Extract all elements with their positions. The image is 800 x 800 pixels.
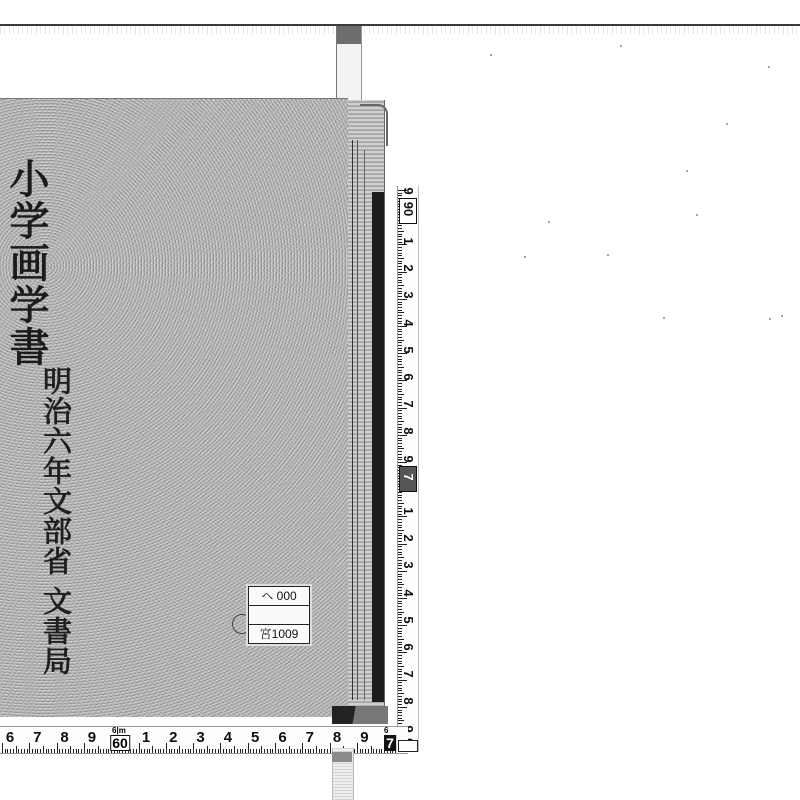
ruler-end-label: 7 bbox=[384, 735, 396, 751]
ruler-tick bbox=[286, 749, 287, 753]
ruler-tick bbox=[84, 743, 85, 753]
ruler-tick bbox=[398, 631, 402, 632]
ruler-tick bbox=[398, 334, 402, 335]
ruler-tick bbox=[398, 282, 402, 283]
ruler-tick bbox=[40, 749, 41, 753]
ruler-tick bbox=[278, 749, 279, 753]
ruler-tick bbox=[398, 579, 402, 580]
ruler-tick bbox=[398, 576, 402, 577]
ruler-tick bbox=[171, 749, 172, 753]
ruler-tick bbox=[327, 749, 328, 753]
ruler-tick bbox=[152, 746, 153, 753]
ruler-number: 5 bbox=[401, 612, 415, 628]
ruler-number: 7 bbox=[401, 396, 415, 412]
ruler-section-label: 90 bbox=[401, 201, 415, 217]
ruler-tick bbox=[398, 386, 402, 387]
scan-speck bbox=[768, 66, 770, 68]
ruler-tick bbox=[398, 367, 404, 368]
ruler-tick bbox=[398, 231, 404, 232]
ruler-number: 7 bbox=[33, 729, 41, 746]
ruler-tick bbox=[264, 749, 265, 753]
publisher-line-1: 明治六年文部省 bbox=[39, 366, 73, 576]
ruler-number: 6 bbox=[278, 729, 286, 746]
ruler-tick bbox=[204, 749, 205, 753]
ruler-number: 3 bbox=[401, 557, 415, 573]
ruler-tick bbox=[280, 749, 281, 753]
ruler-tick bbox=[68, 749, 69, 753]
ruler-tick bbox=[226, 749, 227, 753]
ruler-tick bbox=[398, 606, 402, 607]
ruler-tick bbox=[398, 416, 402, 417]
ruler-tick bbox=[398, 574, 402, 575]
ruler-tick bbox=[398, 549, 402, 550]
ruler-tick bbox=[324, 749, 325, 753]
ruler-number: 1 bbox=[401, 503, 415, 519]
ruler-tick bbox=[220, 743, 221, 753]
scanned-image: 小学画学書 明治六年文部省文書局 ヘ 000 宮1009 99012345678… bbox=[0, 0, 800, 800]
ruler-tick bbox=[73, 749, 74, 753]
ruler-tick bbox=[398, 307, 402, 308]
ruler-tick bbox=[398, 500, 402, 501]
ruler-tick bbox=[321, 749, 322, 753]
scan-speck bbox=[548, 221, 550, 223]
ruler-tick bbox=[144, 749, 145, 753]
ruler-tick bbox=[248, 743, 249, 753]
ruler-tick bbox=[398, 391, 402, 392]
ruler-tick bbox=[95, 749, 96, 753]
ruler-mid-marker: 7 bbox=[401, 469, 415, 485]
ruler-tick bbox=[289, 746, 290, 753]
ruler-number: 8 bbox=[401, 693, 415, 709]
ruler-number: 8 bbox=[401, 423, 415, 439]
spine-bottom-shadow bbox=[332, 706, 388, 724]
scan-speck bbox=[781, 315, 783, 317]
label-row-2 bbox=[249, 606, 309, 625]
ruler-tick bbox=[160, 749, 161, 753]
scan-speck bbox=[726, 123, 728, 125]
ruler-tick bbox=[310, 749, 311, 753]
ruler-tick bbox=[398, 446, 402, 447]
ruler-tick bbox=[354, 749, 355, 753]
ruler-tick bbox=[147, 749, 148, 753]
ruler-tick bbox=[130, 749, 131, 753]
ruler-tick bbox=[398, 312, 404, 313]
ruler-number: 2 bbox=[401, 260, 415, 276]
scan-speck bbox=[769, 318, 771, 320]
ruler-tick bbox=[297, 749, 298, 753]
ruler-tick bbox=[16, 746, 17, 753]
scan-speck bbox=[696, 214, 698, 216]
ruler-tick bbox=[398, 364, 402, 365]
ruler-tick bbox=[398, 448, 404, 449]
ruler-tick bbox=[92, 749, 93, 753]
binding-clamp-bottom-mark bbox=[332, 752, 352, 762]
publisher-line-2: 文書局 bbox=[39, 586, 73, 676]
ruler-tick bbox=[398, 394, 404, 395]
ruler-tick bbox=[218, 749, 219, 753]
ruler-tick bbox=[13, 749, 14, 753]
ruler-tick bbox=[398, 497, 402, 498]
ruler-tick bbox=[179, 746, 180, 753]
ruler-tick bbox=[48, 749, 49, 753]
ruler-tick bbox=[234, 746, 235, 753]
ruler-tick bbox=[398, 688, 402, 689]
ruler-tick bbox=[7, 749, 8, 753]
ruler-tick bbox=[267, 749, 268, 753]
ruler-tick bbox=[398, 636, 402, 637]
ruler-tick bbox=[398, 718, 402, 719]
ruler-tick bbox=[54, 749, 55, 753]
ruler-number: 4 bbox=[224, 729, 232, 746]
ruler-tick bbox=[59, 749, 60, 753]
ruler-tick bbox=[305, 749, 306, 753]
ruler-tick bbox=[398, 628, 402, 629]
ruler-tick bbox=[398, 255, 402, 256]
ruler-tick bbox=[291, 749, 292, 753]
ruler-tick bbox=[283, 749, 284, 753]
ruler-tick bbox=[136, 749, 137, 753]
ruler-tick bbox=[398, 682, 402, 683]
ruler-tick bbox=[29, 743, 30, 753]
ruler-tick bbox=[398, 582, 402, 583]
ruler-tick bbox=[163, 749, 164, 753]
ruler-tick bbox=[242, 749, 243, 753]
ruler-tick bbox=[62, 749, 63, 753]
ruler-tick bbox=[398, 443, 402, 444]
ruler-tick bbox=[357, 743, 358, 753]
ruler-number: 2 bbox=[169, 729, 177, 746]
ruler-tick bbox=[368, 749, 369, 753]
ruler-tick bbox=[398, 603, 402, 604]
ruler-tick bbox=[5, 749, 6, 753]
ruler-number: 2 bbox=[401, 530, 415, 546]
scan-speck bbox=[524, 256, 526, 258]
ruler-tick bbox=[319, 749, 320, 753]
ruler-tick bbox=[398, 519, 402, 520]
ruler-tick bbox=[330, 743, 331, 753]
ruler-tick bbox=[398, 661, 402, 662]
ruler-end-cap bbox=[398, 740, 418, 752]
ruler-tick bbox=[188, 749, 189, 753]
ruler-tick bbox=[398, 413, 402, 414]
ruler-tick bbox=[398, 525, 402, 526]
ruler-tick bbox=[158, 749, 159, 753]
ruler-tick bbox=[209, 749, 210, 753]
ruler-tick bbox=[313, 749, 314, 753]
ruler-tick bbox=[398, 228, 402, 229]
ruler-tick bbox=[51, 749, 52, 753]
ruler-tick bbox=[193, 743, 194, 753]
ruler-number: 6 bbox=[6, 729, 14, 746]
scan-speck bbox=[686, 170, 688, 172]
ruler-tick bbox=[43, 746, 44, 753]
ruler-tick bbox=[398, 658, 402, 659]
ruler-tick bbox=[240, 749, 241, 753]
ruler-number: 3 bbox=[196, 729, 204, 746]
label-row-3: 宮1009 bbox=[249, 625, 309, 643]
ruler-tick bbox=[398, 250, 402, 251]
publisher-text: 明治六年文部省文書局 bbox=[38, 366, 72, 676]
ruler-tick bbox=[398, 331, 402, 332]
ruler-tick bbox=[261, 746, 262, 753]
ruler-tick bbox=[398, 609, 402, 610]
ruler-tick bbox=[177, 749, 178, 753]
label-row-1: ヘ 000 bbox=[249, 587, 309, 606]
ruler-tick bbox=[398, 492, 402, 493]
ruler-tick bbox=[275, 743, 276, 753]
ruler-tick bbox=[398, 685, 402, 686]
ruler-tick bbox=[87, 749, 88, 753]
spine-binding-thread bbox=[352, 140, 358, 700]
ruler-tick bbox=[398, 495, 402, 496]
ruler-tick bbox=[37, 749, 38, 753]
ruler-tick bbox=[81, 749, 82, 753]
ruler-end-superscript: 6 bbox=[384, 726, 388, 735]
ruler-tick bbox=[78, 749, 79, 753]
ruler-tick bbox=[212, 749, 213, 753]
ruler-tick bbox=[2, 743, 3, 753]
ruler-tick bbox=[381, 749, 382, 753]
ruler-tick bbox=[398, 280, 402, 281]
ruler-tick bbox=[398, 389, 402, 390]
ruler-tick bbox=[373, 749, 374, 753]
ruler-tick bbox=[398, 527, 402, 528]
ruler-tick bbox=[185, 749, 186, 753]
ruler-tick bbox=[259, 749, 260, 753]
ruler-tick bbox=[256, 749, 257, 753]
ruler-tick bbox=[24, 749, 25, 753]
ruler-tick bbox=[98, 746, 99, 753]
ruler-tick bbox=[371, 746, 372, 753]
ruler-tick bbox=[398, 690, 402, 691]
spine-binding-line bbox=[364, 150, 367, 700]
ruler-tick bbox=[294, 749, 295, 753]
ruler-number: 4 bbox=[401, 585, 415, 601]
ruler-tick bbox=[398, 258, 404, 259]
ruler-number: 9 bbox=[401, 451, 415, 467]
ruler-tick bbox=[196, 749, 197, 753]
ruler-number: 6 bbox=[401, 369, 415, 385]
ruler-tick bbox=[89, 749, 90, 753]
ruler-tick bbox=[365, 749, 366, 753]
ruler-tick bbox=[27, 749, 28, 753]
ruler-number: 5 bbox=[401, 342, 415, 358]
binding-clamp-top bbox=[336, 26, 362, 100]
ruler-tick bbox=[21, 749, 22, 753]
ruler-tick bbox=[398, 554, 402, 555]
ruler-tick bbox=[398, 253, 402, 254]
ruler-tick bbox=[76, 749, 77, 753]
ruler-tick bbox=[398, 663, 402, 664]
ruler-tick bbox=[65, 749, 66, 753]
spine-shadow bbox=[372, 192, 384, 702]
ruler-number: 9 bbox=[360, 729, 368, 746]
ruler-tick bbox=[57, 743, 58, 753]
ruler-tick bbox=[133, 749, 134, 753]
book-title: 小学画学書 bbox=[4, 158, 48, 368]
library-call-number-label: ヘ 000 宮1009 bbox=[248, 586, 310, 644]
ruler-tick bbox=[231, 749, 232, 753]
ruler-tick bbox=[398, 546, 402, 547]
ruler-tick bbox=[166, 743, 167, 753]
ruler-tick bbox=[379, 749, 380, 753]
ruler-tick bbox=[398, 552, 402, 553]
ruler-tick bbox=[398, 715, 402, 716]
ruler-tick bbox=[100, 749, 101, 753]
ruler-tick bbox=[253, 749, 254, 753]
ruler-tick bbox=[308, 749, 309, 753]
ruler-tick bbox=[398, 655, 402, 656]
ruler-tick bbox=[237, 749, 238, 753]
ruler-number: 1 bbox=[401, 233, 415, 249]
ruler-tick bbox=[32, 749, 33, 753]
ruler-number: 4 bbox=[401, 315, 415, 331]
ruler-tick bbox=[174, 749, 175, 753]
ruler-tick bbox=[139, 743, 140, 753]
ruler-tick bbox=[199, 749, 200, 753]
ruler-tick bbox=[398, 440, 402, 441]
ruler-tick bbox=[398, 277, 402, 278]
ruler-tick bbox=[229, 749, 230, 753]
ruler-number: 8 bbox=[333, 729, 341, 746]
ruler-tick bbox=[398, 418, 402, 419]
ruler-tick bbox=[250, 749, 251, 753]
ruler-tick bbox=[376, 749, 377, 753]
scan-speck bbox=[663, 317, 665, 319]
ruler-tick bbox=[141, 749, 142, 753]
ruler-number: 7 bbox=[401, 666, 415, 682]
ruler-tick bbox=[362, 749, 363, 753]
ruler-tick bbox=[398, 522, 402, 523]
ruler-tick bbox=[215, 749, 216, 753]
ruler-tick bbox=[10, 749, 11, 753]
ruler-tick bbox=[46, 749, 47, 753]
ruler-tick bbox=[398, 712, 402, 713]
ruler-tick bbox=[398, 359, 402, 360]
ruler-tick bbox=[398, 340, 404, 341]
ruler-tick bbox=[190, 749, 191, 753]
ruler-tick bbox=[398, 310, 402, 311]
ruler-tick bbox=[169, 749, 170, 753]
ruler-number: 8 bbox=[60, 729, 68, 746]
ruler-tick bbox=[70, 746, 71, 753]
ruler-tick bbox=[207, 746, 208, 753]
ruler-number: 6 bbox=[401, 639, 415, 655]
ruler-tick bbox=[398, 710, 402, 711]
ruler-section-label: 60 bbox=[110, 735, 130, 751]
blank-right-page bbox=[420, 30, 800, 800]
ruler-tick bbox=[300, 749, 301, 753]
ruler-tick bbox=[398, 304, 402, 305]
ruler-tick bbox=[360, 749, 361, 753]
scan-speck bbox=[620, 45, 622, 47]
ruler-tick bbox=[302, 743, 303, 753]
ruler-tick bbox=[106, 749, 107, 753]
ruler-tick bbox=[223, 749, 224, 753]
ruler-tick bbox=[155, 749, 156, 753]
scan-speck bbox=[607, 254, 609, 256]
scan-speck bbox=[490, 54, 492, 56]
ruler-tick bbox=[272, 749, 273, 753]
ruler-tick bbox=[245, 749, 246, 753]
ruler-tick bbox=[398, 633, 402, 634]
ruler-tick bbox=[398, 337, 402, 338]
ruler-tick bbox=[398, 361, 402, 362]
ruler-tick bbox=[103, 749, 104, 753]
ruler-tick bbox=[35, 749, 36, 753]
ruler-number: 3 bbox=[401, 287, 415, 303]
ruler-tick bbox=[270, 749, 271, 753]
ruler-box-superscript: 6|m bbox=[112, 726, 126, 735]
vertical-measuring-ruler: 99012345678971234567896 bbox=[397, 186, 419, 752]
ruler-tick bbox=[201, 749, 202, 753]
ruler-number: 1 bbox=[142, 729, 150, 746]
spine-corner-fold bbox=[360, 104, 388, 146]
ruler-number: 7 bbox=[306, 729, 314, 746]
ruler-tick bbox=[149, 749, 150, 753]
ruler-tick bbox=[398, 225, 402, 226]
ruler-number: 5 bbox=[251, 729, 259, 746]
ruler-tick bbox=[182, 749, 183, 753]
ruler-number: 9 bbox=[88, 729, 96, 746]
ruler-tick bbox=[18, 749, 19, 753]
ruler-tick bbox=[316, 746, 317, 753]
ruler-number: 9 bbox=[401, 183, 415, 199]
